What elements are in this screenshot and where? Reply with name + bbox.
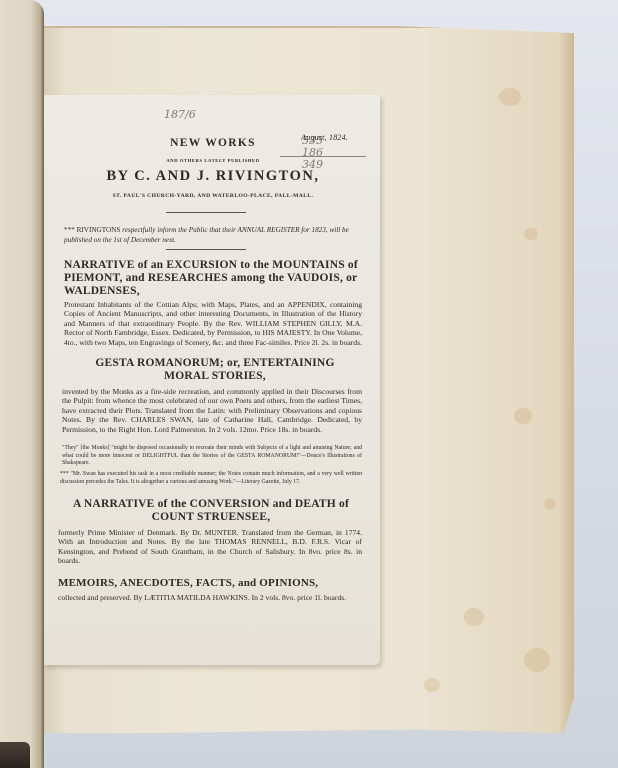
divider-rule xyxy=(166,212,246,213)
advertisement-leaflet: 187/6 535 186 349 August, 1824. NEW WORK… xyxy=(44,95,380,665)
foxing-stain xyxy=(514,408,532,424)
foxing-stain xyxy=(464,608,484,626)
divider-rule xyxy=(166,249,246,250)
entry-quote: *** "Mr. Swan has executed his task in a… xyxy=(60,471,362,486)
entry-heading: NARRATIVE of an EXCURSION to the MOUNTAI… xyxy=(64,259,364,298)
notice-lead: *** RIVINGTONS xyxy=(64,226,120,234)
facing-page-edge xyxy=(0,0,44,768)
foxing-stain xyxy=(524,648,550,672)
entry-heading: GESTA ROMANORUM; or, ENTERTAINING MORAL … xyxy=(74,357,356,383)
handwritten-shelf-mark: 187/6 xyxy=(164,109,196,120)
foxing-stain xyxy=(544,498,556,510)
foxing-stain xyxy=(424,678,440,692)
leaflet-title: NEW WORKS xyxy=(56,137,370,149)
entry-description: formerly Prime Minister of Denmark. By D… xyxy=(58,528,362,566)
handwritten-underline xyxy=(280,156,366,157)
foxing-stain xyxy=(499,88,521,106)
entry-description: Protestant Inhabitants of the Cottian Al… xyxy=(64,300,362,347)
book-cover-corner xyxy=(0,742,30,768)
leaflet-subtitle: AND OTHERS LATELY PUBLISHED xyxy=(56,158,370,163)
entry-quote: "They" [the Monks] "might be disposed oc… xyxy=(62,445,362,468)
entry-description: invented by the Monks as a fire-side rec… xyxy=(62,387,362,434)
entry-heading: A NARRATIVE of the CONVERSION and DEATH … xyxy=(58,498,364,524)
annual-register-notice: *** RIVINGTONS respectfully inform the P… xyxy=(64,225,360,245)
publisher-address: ST. PAUL'S CHURCH-YARD, AND WATERLOO-PLA… xyxy=(56,193,370,199)
entry-heading: MEMOIRS, ANECDOTES, FACTS, and OPINIONS, xyxy=(58,577,364,590)
publisher-name: BY C. AND J. RIVINGTON, xyxy=(56,168,370,185)
foxing-stain xyxy=(524,228,538,240)
entry-description: collected and preserved. By LÆTITIA MATI… xyxy=(58,593,362,602)
